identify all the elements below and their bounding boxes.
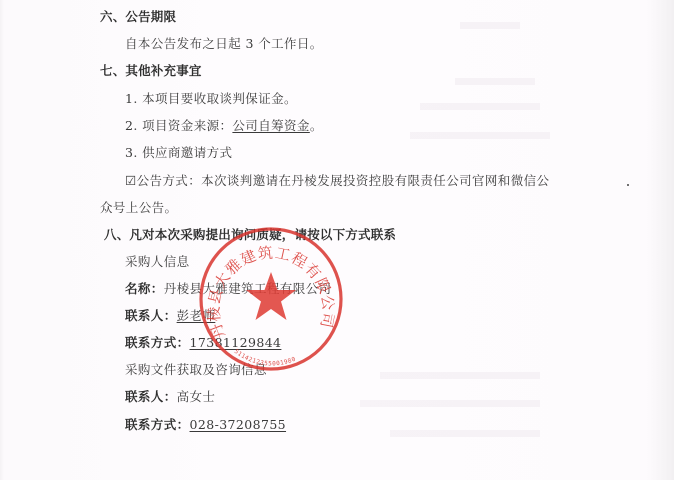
docs-contact-row: 联系人：高女士 [125,389,215,405]
funding-source-value: 公司自筹资金 [232,118,309,133]
docs-phone-value: 028-37208755 [190,417,287,432]
announcement-method-line-2: 众号上公告。 [100,200,177,216]
scan-speck [627,184,629,186]
scanned-page: 六、公告期限 自本公告发布之日起 3 个工作日。 七、其他补充事宜 1. 本项目… [0,0,674,480]
bleed-through-mark [360,400,540,407]
purchaser-phone-label: 联系方式： [125,335,190,350]
announcement-method-line-1: ☑公告方式：本次谈判邀请在丹棱发展投资控股有限责任公司官网和微信公 [125,173,549,189]
funding-source-label: 2. 项目资金来源： [125,118,232,133]
purchaser-phone-row: 联系方式：17381129844 [125,335,281,351]
docs-phone-label: 联系方式： [125,417,190,432]
section-6-body: 自本公告发布之日起 3 个工作日。 [125,36,323,52]
section-7-item-3: 3. 供应商邀请方式 [125,145,232,161]
purchaser-contact-row: 联系人：彭老师 [125,308,215,324]
purchaser-phone-value: 17381129844 [190,335,282,350]
purchaser-name-row: 名称：丹棱县大雅建筑工程有限公司 [125,281,331,297]
docs-contact-value: 高女士 [177,389,216,404]
bleed-through-mark [420,103,540,110]
bleed-through-mark [410,132,550,139]
section-7-item-2: 2. 项目资金来源：公司自筹资金。 [125,118,323,134]
docs-phone-row: 联系方式：028-37208755 [125,417,286,433]
bleed-through-mark [380,372,540,379]
section-7-item-1: 1. 本项目要收取谈判保证金。 [125,91,297,107]
bleed-through-mark [460,22,520,29]
purchaser-info-title: 采购人信息 [125,254,190,270]
bleed-through-mark [390,430,540,437]
purchaser-name-label: 名称： [125,281,164,296]
docs-info-title: 采购文件获取及咨询信息 [125,362,267,378]
funding-source-suffix: 。 [310,118,323,133]
bleed-through-mark [455,78,535,85]
section-6-heading: 六、公告期限 [100,9,176,25]
purchaser-contact-value: 彭老师 [177,308,216,323]
purchaser-contact-label: 联系人： [125,308,177,323]
company-seal-stamp: 丹棱县大雅建筑工程有限公司 5114212355001980 [196,224,346,374]
purchaser-name-value: 丹棱县大雅建筑工程有限公司 [164,281,332,296]
section-8-heading: 八、凡对本次采购提出询问质疑，请按以下方式联系 [104,227,396,243]
docs-contact-label: 联系人： [125,389,177,404]
section-7-heading: 七、其他补充事宜 [100,63,202,79]
